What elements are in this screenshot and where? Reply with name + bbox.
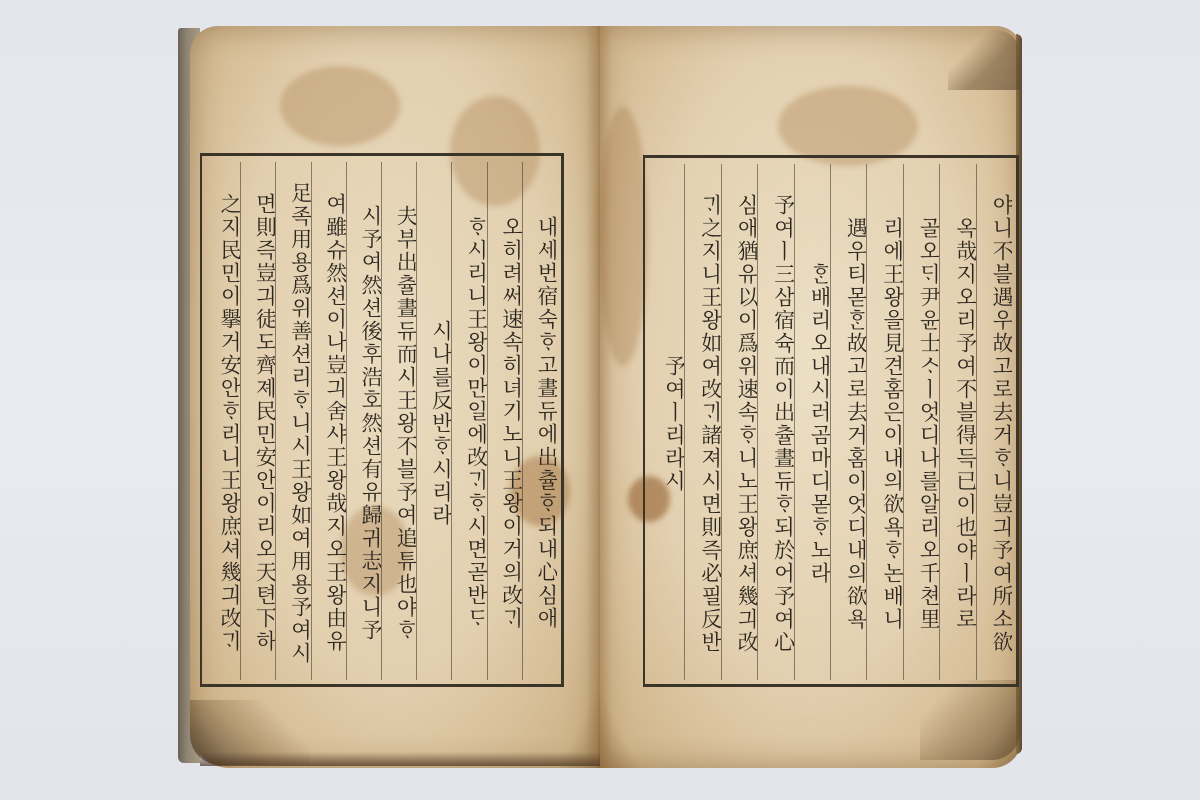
left-text-frame: 내세번宿숙ᄒᆞ고晝듀에出츌ᄒᆞ되내心심애 오히려써速속히녀기노니王왕이거의改ᄀᆡ…	[200, 153, 564, 687]
torn-corner	[948, 30, 1020, 90]
text-column: 골오ᄃᆡ尹윤士ᄉᆞㅣ엇디나를알리오千쳔里	[903, 164, 939, 680]
text-column: ᄀᆡ之지니王왕如여改ᄀᆡ諸져시면則즉必필反반	[684, 164, 720, 680]
text-column: 옥哉지오리予여不블得득已이也야ㅣ라로	[939, 164, 975, 680]
text-column: 면則즉豈긔徒도齊졔民민安안이리오天텬下하	[240, 162, 275, 680]
book-gutter	[586, 26, 612, 768]
text-column: 여雖슈然션이나豈긔舍샤王왕哉지오王왕由유	[311, 162, 346, 680]
text-column: 시나를反반ᄒᆞ시리라	[416, 162, 451, 680]
page-bottom-edge	[200, 752, 600, 766]
text-column: 야니不블遇우故고로去거ᄒᆞ니豈긔予여所소欲	[976, 164, 1012, 680]
text-column: 내세번宿숙ᄒᆞ고晝듀에出츌ᄒᆞ되내心심애	[522, 162, 557, 680]
text-column: ᄒᆞᆫ배리오내시러곰마디몯ᄒᆞ노라	[794, 164, 830, 680]
text-column: 시予여然션後후浩호然션有유歸귀志지니予	[346, 162, 381, 680]
text-column: 리에王왕을見견홈은이내의欲욕ᄒᆞ논배니	[866, 164, 902, 680]
text-column: 足족用용爲위善션리ᄒᆞ니시王왕如여用용予여시	[275, 162, 310, 680]
text-column: 之지民민이擧거安안ᄒᆞ리니王왕庶셔幾긔改ᄀᆡ	[206, 162, 240, 680]
worn-corner	[920, 680, 1020, 760]
right-text-frame: 야니不블遇우故고로去거ᄒᆞ니豈긔予여所소欲 옥哉지오리予여不블得득已이也야ㅣ라로…	[643, 155, 1019, 687]
water-stain	[280, 66, 400, 146]
text-column: 夫부出츌晝듀而시王왕不블予여追튜也야ᄒᆞ	[381, 162, 416, 680]
text-column: 遇우티몯ᄒᆞᆫ故고로去거홈이엇디내의欲욕	[830, 164, 866, 680]
text-column: 심애猶유以이爲위速속ᄒᆞ니노王왕庶셔幾긔改	[721, 164, 757, 680]
text-column: 予여ㅣ三삼宿슉而이出츌晝듀ᄒᆞ되於어予여心	[757, 164, 793, 680]
open-book: 내세번宿숙ᄒᆞ고晝듀에出츌ᄒᆞ되내心심애 오히려써速속히녀기노니王왕이거의改ᄀᆡ…	[0, 0, 1200, 800]
water-stain	[778, 86, 918, 166]
text-column: 오히려써速속히녀기노니王왕이거의改ᄀᆡ	[487, 162, 522, 680]
text-column: ᄒᆞ시리니王왕이만일에改ᄀᆡᄒᆞ시면곧반ᄃᆞ	[451, 162, 486, 680]
text-column: 予여ㅣ리라시	[649, 164, 684, 680]
